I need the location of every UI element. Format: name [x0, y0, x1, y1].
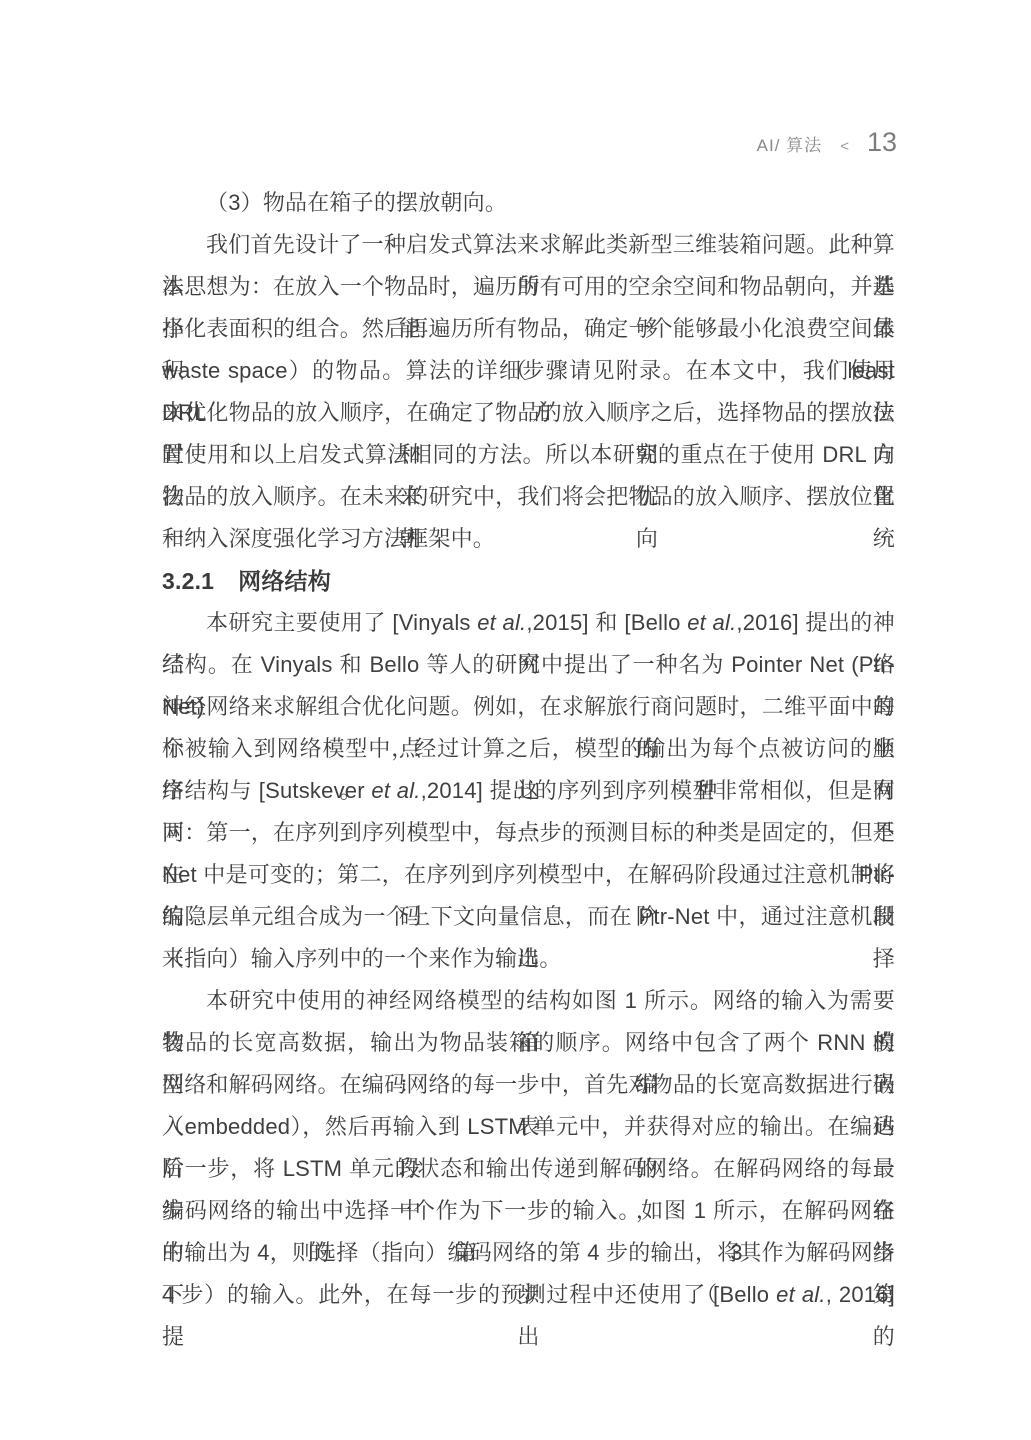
text-line: 络结构与 [Sutskever et al.,2014] 提出的序列到序列模型非…: [162, 770, 895, 812]
paragraph: （3）物品在箱子的摆放朝向。: [162, 182, 895, 224]
text-line: （3）物品在箱子的摆放朝向。: [162, 182, 895, 224]
paragraph: 本研究中使用的神经网络模型的结构如图 1 所示。网络的输入为需要装箱的物品的长宽…: [162, 980, 895, 1316]
citation-italic-text: et al.: [477, 610, 526, 635]
header-separator: <: [840, 138, 849, 155]
header-page-number: 13: [867, 127, 897, 158]
paragraph: 本研究主要使用了 [Vinyals et al.,2015] 和 [Bello …: [162, 602, 895, 980]
text-line: 本研究中使用的神经网络模型的结构如图 1 所示。网络的输入为需要装箱的: [162, 980, 895, 1022]
text-line: 的输出为 4，则选择（指向）编码网络的第 4 步的输出，将其作为解码网络下一步（…: [162, 1232, 895, 1274]
text-line: 时使用和以上启发式算法相同的方法。所以本研究的重点在于使用 DRL 方法来优化: [162, 434, 895, 476]
section-number: 3.2.1: [162, 568, 214, 594]
text-line: 神经网络来求解组合优化问题。例如，在求解旅行商问题时，二维平面中每个点的坐: [162, 686, 895, 728]
text-line: 本研究主要使用了 [Vinyals et al.,2015] 和 [Bello …: [162, 602, 895, 644]
text-line: 网络和解码网络。在编码网络的每一步中，首先对物品的长宽高数据进行嵌入表达: [162, 1064, 895, 1106]
text-line: 的隐层单元组合成为一个上下文向量信息，而在 Ptr-Net 中，通过注意机制来选…: [162, 896, 895, 938]
text-line: Net 中是可变的；第二，在序列到序列模型中，在解码阶段通过注意机制将编码阶段: [162, 854, 895, 896]
section-heading: 3.2.1网络结构: [162, 560, 895, 602]
text-line: 物品的放入顺序。在未来的研究中，我们将会把物品的放入顺序、摆放位置和朝向统: [162, 476, 895, 518]
text-line: 小化表面积的组合。然后再遍历所有物品，确定一个能够最小化浪费空间体积（least: [162, 308, 895, 350]
text-line: 编码网络的输出中选择一个作为下一步的输入。如图 1 所示，在解码网络中的第 3 …: [162, 1190, 895, 1232]
text-column: （3）物品在箱子的摆放朝向。我们首先设计了一种启发式算法来求解此类新型三维装箱问…: [162, 182, 895, 1316]
citation-italic-text: et al.: [687, 610, 736, 635]
text-line: 标被输入到网络模型中，经过计算之后，模型的输出为每个点被访问的顺序。这种网: [162, 728, 895, 770]
text-line: waste space）的物品。算法的详细步骤请见附录。在本文中，我们使用 DR…: [162, 350, 895, 392]
text-line: 同：第一，在序列到序列模型中，每一步的预测目标的种类是固定的，但是在 Ptr-: [162, 812, 895, 854]
running-header: AI/ 算法 < 13: [757, 127, 897, 158]
citation-italic-text: et al.: [776, 1282, 826, 1307]
paragraph: 我们首先设计了一种启发式算法来求解此类新型三维装箱问题。此种算法的基本思想为：在…: [162, 224, 895, 560]
text-line: 后一步，将 LSTM 单元的状态和输出传递到解码网络。在解码网络的每一步中，在: [162, 1148, 895, 1190]
text-line: 本思想为：在放入一个物品时，遍历所有可用的空余空间和物品朝向，并选择能够最: [162, 266, 895, 308]
citation-italic-text: et al.: [371, 778, 420, 803]
text-line: 结构。在 Vinyals 和 Bello 等人的研究中提出了一种名为 Point…: [162, 644, 895, 686]
text-line: 我们首先设计了一种启发式算法来求解此类新型三维装箱问题。此种算法的基: [162, 224, 895, 266]
section-title: 网络结构: [238, 568, 331, 594]
text-line: 4 步）的输入。此外，在每一步的预测过程中还使用了 [Bello et al.,…: [162, 1274, 895, 1316]
text-line: （embedded），然后再输入到 LSTM 单元中，并获得对应的输出。在编码阶…: [162, 1106, 895, 1148]
text-line: 物品的长宽高数据，输出为物品装箱的顺序。网络中包含了两个 RNN 模型：编码: [162, 1022, 895, 1064]
text-line: 来优化物品的放入顺序，在确定了物品的放入顺序之后，选择物品的摆放位置和朝向: [162, 392, 895, 434]
document-page: AI/ 算法 < 13 （3）物品在箱子的摆放朝向。我们首先设计了一种启发式算法…: [0, 0, 1031, 1440]
header-section-label: AI/ 算法: [757, 131, 823, 156]
